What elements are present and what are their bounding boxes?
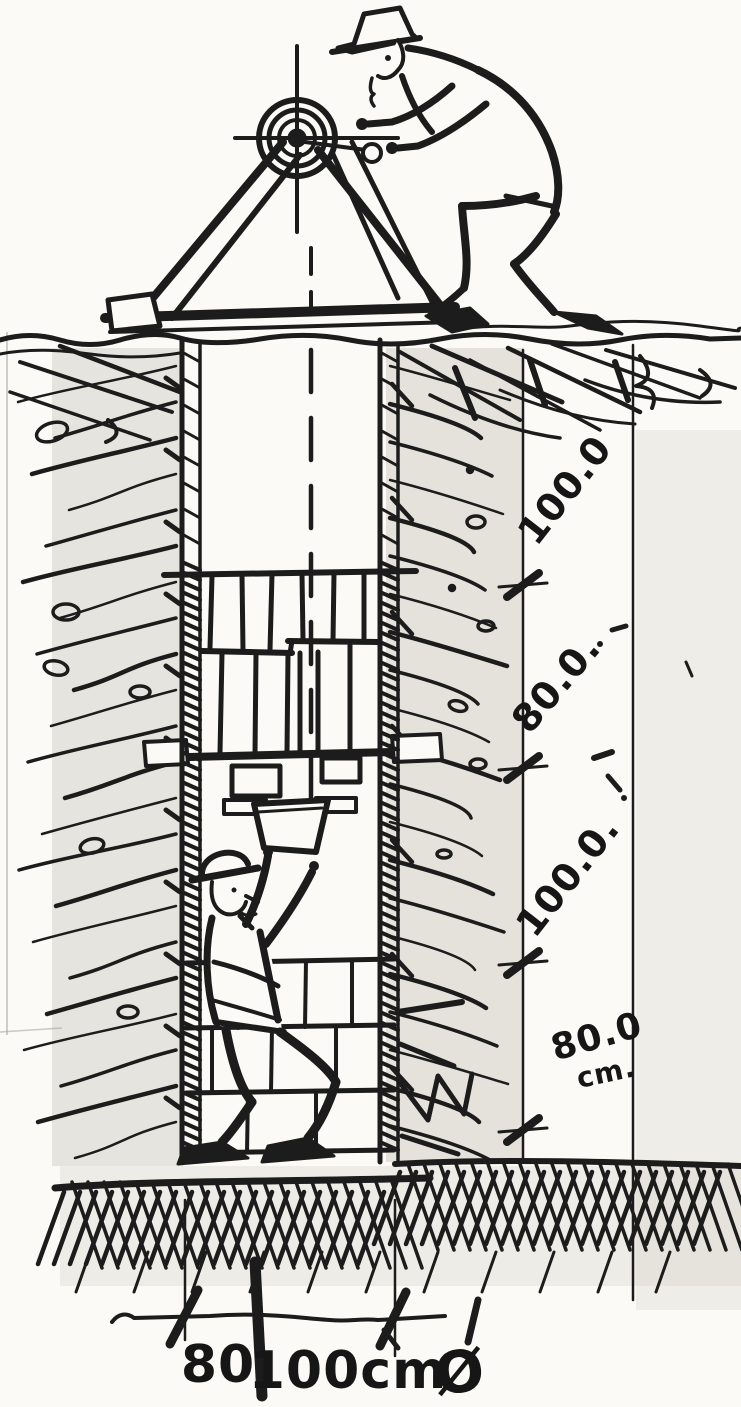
wall-hatch: [182, 456, 200, 466]
wall-hatch: [182, 832, 200, 840]
shoe-foot: [232, 766, 280, 796]
wall-hatch: [182, 972, 200, 980]
wall-hatch: [182, 404, 200, 414]
wall-hatch: [182, 992, 200, 1000]
wall-hatch: [182, 534, 200, 544]
dim-label-100-lower: 100.0.: [507, 807, 628, 945]
worker-beard: [370, 78, 374, 106]
wall-hatch: [182, 1102, 200, 1110]
wall-hatch: [182, 802, 200, 810]
wall-hatch: [182, 1032, 200, 1040]
wall-hatch: [182, 582, 200, 590]
wall-hatch: [182, 1002, 200, 1010]
diameter-symbol: Ø: [431, 1336, 488, 1407]
wall-hatch: [182, 1062, 200, 1070]
worker-body-mask: [400, 61, 562, 237]
wall-hatch: [182, 430, 200, 440]
wall-hatch: [182, 982, 200, 990]
crank-knob: [363, 144, 381, 162]
wall-hatch: [182, 602, 200, 610]
wall-hatch: [182, 482, 200, 492]
wall-hatch: [182, 642, 200, 650]
wall-hatch: [182, 722, 200, 730]
bottom-dim-left-value: 80: [181, 1335, 255, 1395]
dim-label-100-upper: 100.0: [509, 427, 621, 553]
wall-hatch: [182, 1042, 200, 1050]
wall-hatch: [182, 632, 200, 640]
pulley-winch: [235, 46, 398, 312]
worker-at-surface: [332, 8, 622, 334]
wall-hatch: [182, 712, 200, 720]
wall-hatch: [182, 902, 200, 910]
wall-hatch: [182, 508, 200, 518]
wall-hatch: [182, 782, 200, 790]
wall-hatch: [182, 942, 200, 950]
wall-hatch: [182, 692, 200, 700]
wall-hatch: [182, 912, 200, 920]
wall-hatch: [182, 852, 200, 860]
wall-hatch: [182, 822, 200, 830]
wall-hatch: [182, 812, 200, 820]
wall-hatch: [182, 792, 200, 800]
wall-hatch: [182, 1122, 200, 1130]
beam-end-block: [108, 294, 160, 331]
wall-hatch: [182, 1052, 200, 1060]
wall-hatch: [182, 1112, 200, 1120]
wall-hatch: [182, 702, 200, 710]
well-shaft-sketch: 100.0 80.0. 100.0. 80.0 cm.: [0, 0, 741, 1407]
wall-hatch: [182, 622, 200, 630]
wall-hatch: [182, 952, 200, 960]
wall-hatch: [182, 772, 200, 780]
headframe-leg: [318, 150, 448, 315]
wall-hatch: [182, 662, 200, 670]
wall-hatch: [182, 682, 200, 690]
wall-hatch: [182, 352, 200, 362]
wall-hatch: [182, 862, 200, 870]
bottom-dim-right-value: 100cm: [249, 1341, 448, 1401]
well-shaft-sketch-page: 100.0 80.0. 100.0. 80.0 cm.: [0, 0, 741, 1407]
headframe-leg: [172, 155, 300, 318]
wall-hatch: [182, 562, 200, 570]
wall-hatch: [182, 932, 200, 940]
wall-hatch: [182, 922, 200, 930]
wall-hatch: [182, 892, 200, 900]
wall-hatch: [182, 1012, 200, 1020]
wall-hatch: [182, 612, 200, 620]
wall-hatch: [182, 652, 200, 660]
wall-hatch: [182, 1082, 200, 1090]
shoe-foot: [322, 758, 360, 782]
wall-hatch: [182, 592, 200, 600]
wall-hatch: [182, 1072, 200, 1080]
wall-hatch: [182, 842, 200, 850]
headframe-leg: [136, 142, 283, 318]
wall-hatch: [182, 672, 200, 680]
wall-hatch: [182, 1132, 200, 1140]
wall-hatch: [182, 378, 200, 388]
